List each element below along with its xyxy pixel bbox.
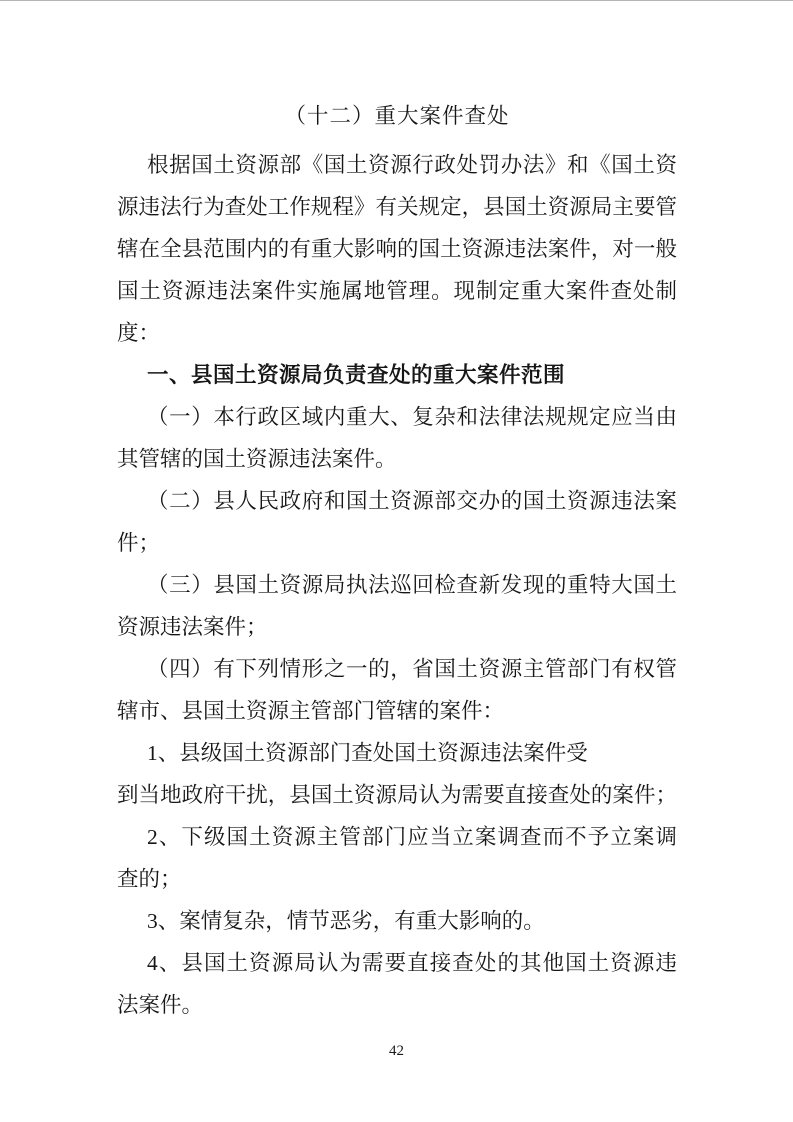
text-line: 查的；	[117, 858, 677, 900]
text-line: 3、案情复杂，情节恶劣，有重大影响的。	[117, 900, 677, 942]
text-line: 资源违法案件；	[117, 606, 677, 648]
text-line: 辖市、县国土资源主管部门管辖的案件：	[117, 690, 677, 732]
text-line: 度：	[117, 312, 677, 354]
text-line: 件；	[117, 522, 677, 564]
text-line: 源违法行为查处工作规程》有关规定，县国土资源局主要管	[117, 186, 677, 228]
text-line: 辖在全县范围内的有重大影响的国土资源违法案件，对一般	[117, 228, 677, 270]
section-heading: 一、县国土资源局负责查处的重大案件范围	[117, 354, 677, 396]
text-line: 根据国土资源部《国土资源行政处罚办法》和《国土资	[117, 144, 677, 186]
text-line: （二）县人民政府和国土资源部交办的国土资源违法案	[117, 480, 677, 522]
document-title: （十二）重大案件查处	[117, 94, 677, 138]
text-line: 国土资源违法案件实施属地管理。现制定重大案件查处制	[117, 270, 677, 312]
text-line: （三）县国土资源局执法巡回检查新发现的重特大国土	[117, 564, 677, 606]
text-line: 到当地政府干扰，县国土资源局认为需要直接查处的案件；	[117, 774, 677, 816]
document-page: （十二）重大案件查处 根据国土资源部《国土资源行政处罚办法》和《国土资 源违法行…	[0, 0, 793, 1122]
text-line: 4、县国土资源局认为需要直接查处的其他国土资源违	[117, 942, 677, 984]
page-number: 42	[0, 1042, 793, 1060]
text-line: 2、下级国土资源主管部门应当立案调查而不予立案调	[117, 816, 677, 858]
text-line: 1、县级国土资源部门查处国土资源违法案件受	[117, 732, 677, 774]
text-line: 法案件。	[117, 984, 677, 1026]
text-line: （一）本行政区域内重大、复杂和法律法规规定应当由	[117, 396, 677, 438]
text-line: （四）有下列情形之一的，省国土资源主管部门有权管	[117, 648, 677, 690]
text-line: 其管辖的国土资源违法案件。	[117, 438, 677, 480]
